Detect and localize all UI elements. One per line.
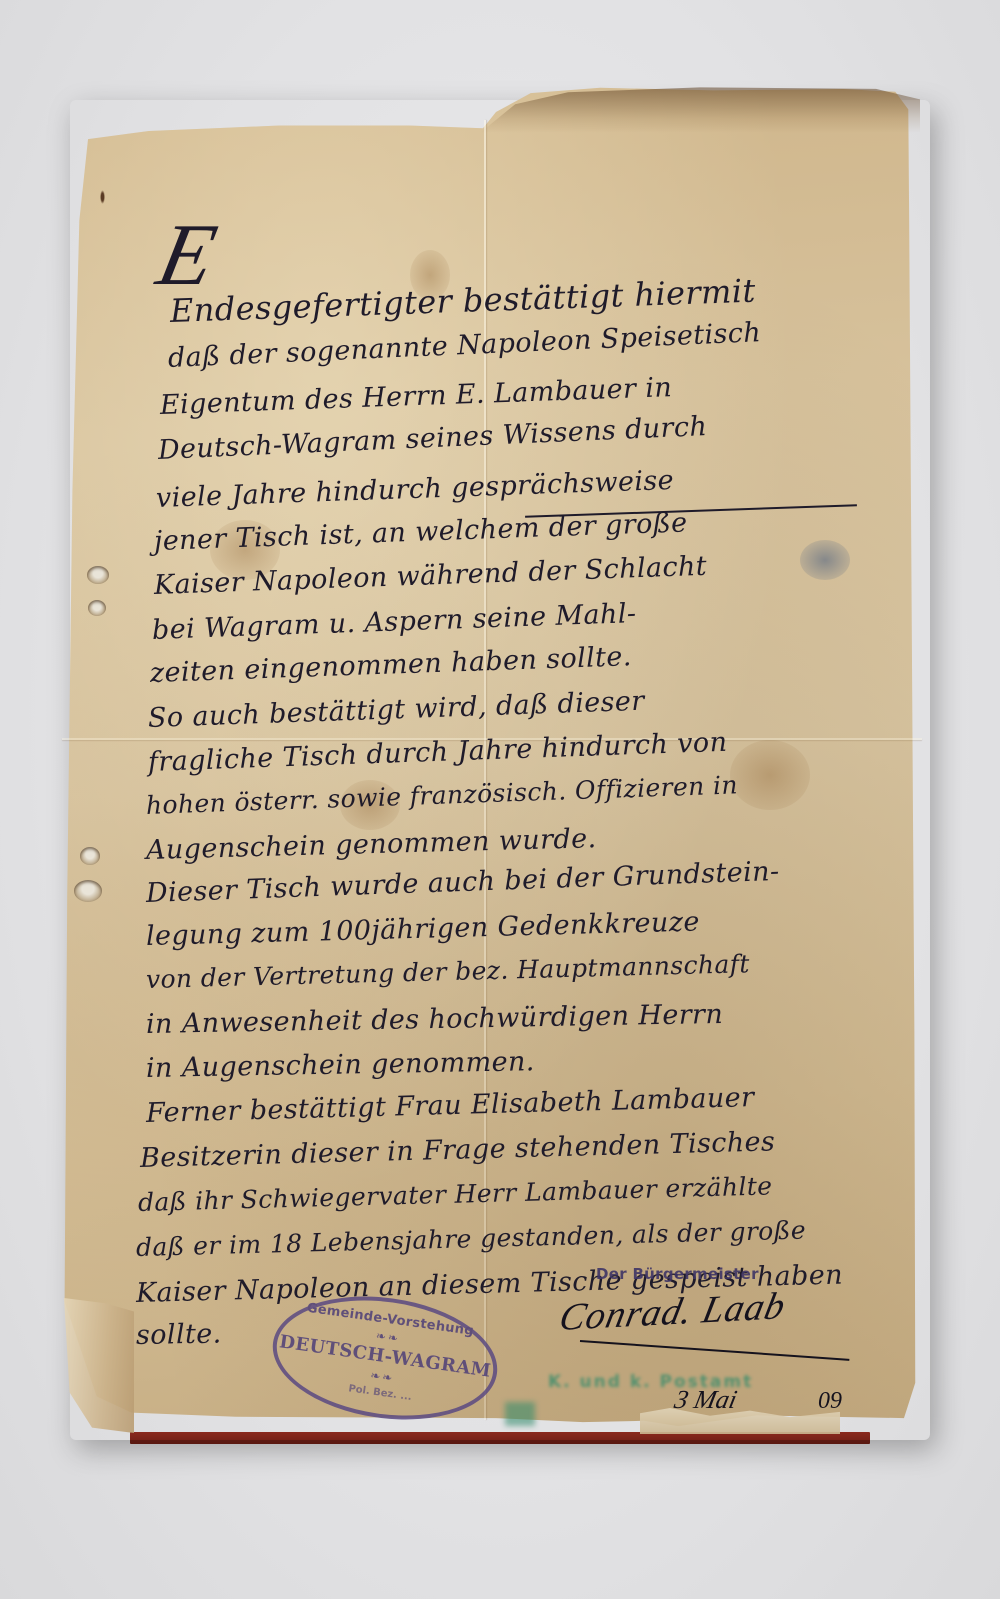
- text-line: sollte.: [136, 1321, 222, 1349]
- punch-hole: [80, 847, 100, 865]
- text-line: in Augenschein genommen.: [146, 1048, 535, 1082]
- margin-mark: [100, 190, 105, 204]
- punch-hole: [87, 566, 109, 584]
- green-stamp-fragment: [505, 1402, 535, 1426]
- mayor-title-stamp: Der Bürgermeister: [596, 1265, 759, 1283]
- ink-blot: [800, 540, 850, 580]
- date-year: 09: [818, 1388, 842, 1415]
- punch-hole: [74, 880, 102, 902]
- punch-hole: [88, 600, 106, 616]
- stain: [730, 740, 810, 810]
